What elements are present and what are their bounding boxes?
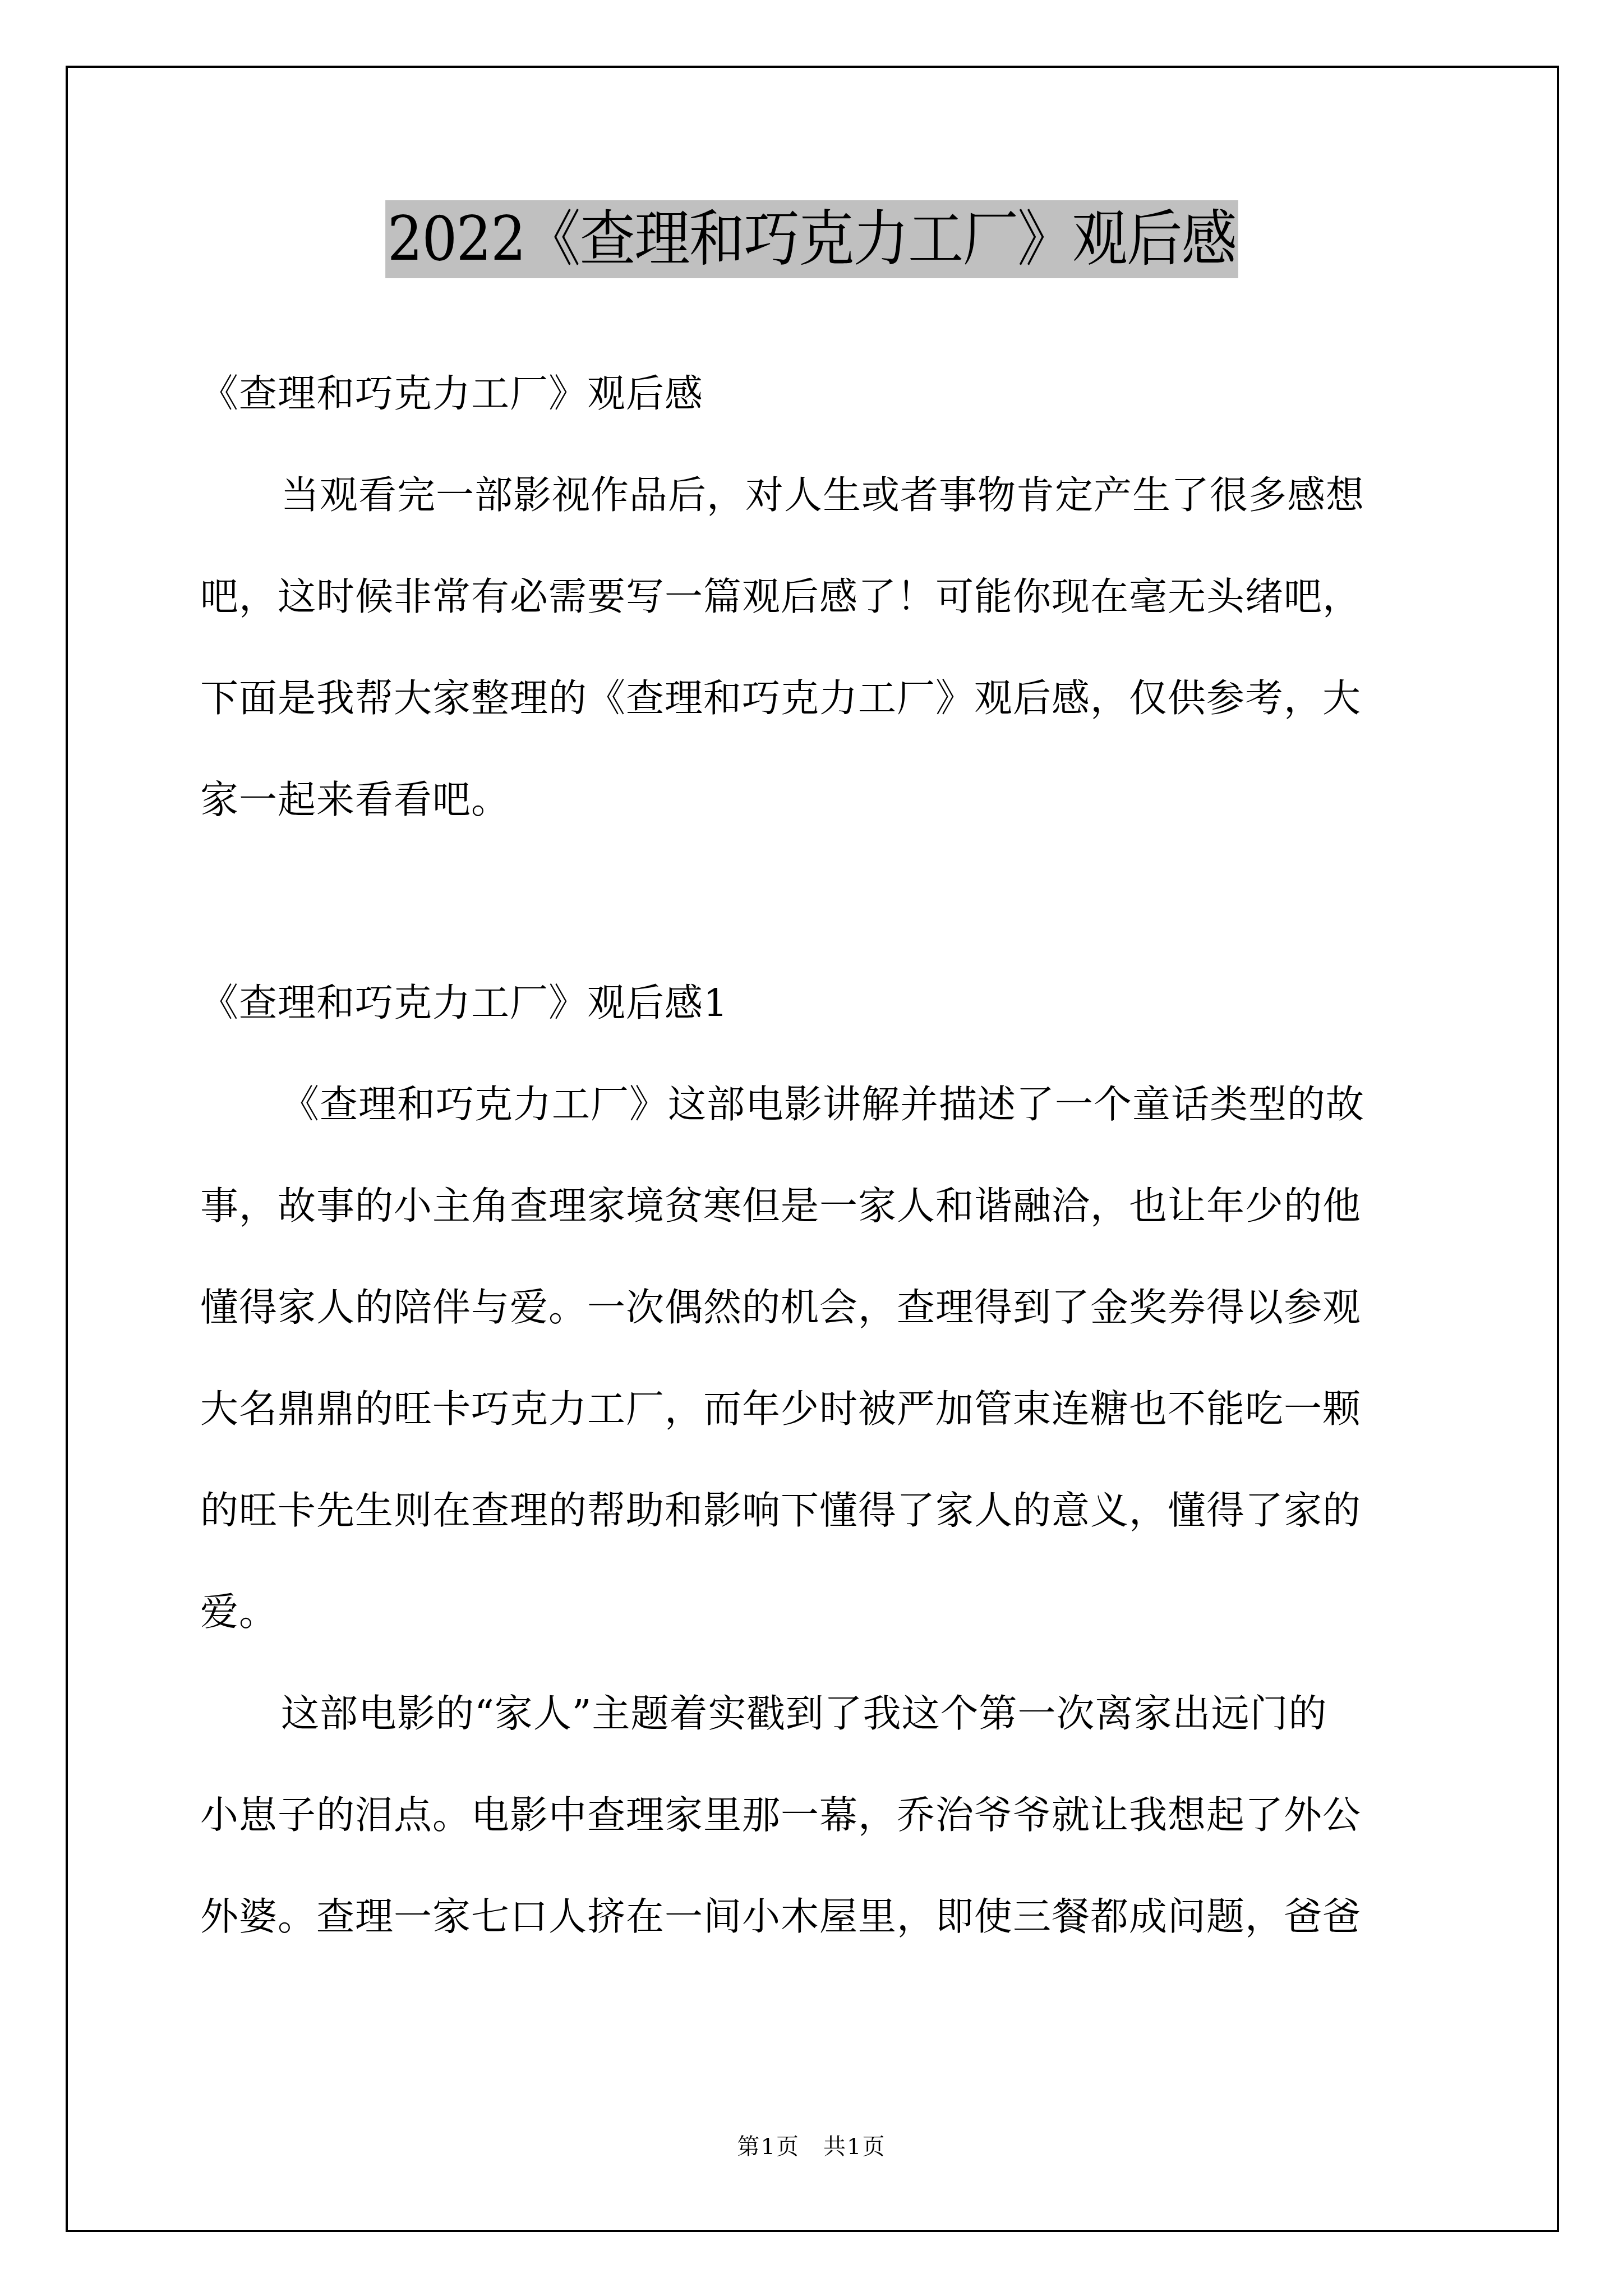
paragraph-line: 懂得家人的陪伴与爱。一次偶然的机会，查理得到了金奖券得以参观 xyxy=(200,1257,1428,1359)
paragraph-line: 吧，这时候非常有必需要写一篇观后感了！可能你现在毫无头绪吧， xyxy=(200,546,1428,648)
section-paragraph-2: 这部电影的“家人”主题着实戳到了我这个第一次离家出远门的 小崽子的泪点。电影中查… xyxy=(200,1663,1428,1968)
section-heading: 《查理和巧克力工厂》观后感1 xyxy=(200,953,1428,1054)
title-container: 2022《查理和巧克力工厂》观后感 xyxy=(0,200,1623,278)
document-body: 《查理和巧克力工厂》观后感 当观看完一部影视作品后，对人生或者事物肯定产生了很多… xyxy=(200,343,1428,1968)
paragraph-line: 大名鼎鼎的旺卡巧克力工厂，而年少时被严加管束连糖也不能吃一颗 xyxy=(200,1359,1428,1460)
paragraph-line: 的旺卡先生则在查理的帮助和影响下懂得了家人的意义，懂得了家的 xyxy=(200,1460,1428,1562)
intro-paragraph: 当观看完一部影视作品后，对人生或者事物肯定产生了很多感想 吧，这时候非常有必需要… xyxy=(200,445,1428,851)
paragraph-line: 《查理和巧克力工厂》这部电影讲解并描述了一个童话类型的故 xyxy=(200,1054,1428,1156)
paragraph-line: 当观看完一部影视作品后，对人生或者事物肯定产生了很多感想 xyxy=(200,445,1428,546)
paragraph-line: 外婆。查理一家七口人挤在一间小木屋里，即使三餐都成问题，爸爸 xyxy=(200,1866,1428,1968)
paragraph-line: 小崽子的泪点。电影中查理家里那一幕，乔治爷爷就让我想起了外公 xyxy=(200,1765,1428,1866)
section-paragraph-1: 《查理和巧克力工厂》这部电影讲解并描述了一个童话类型的故 事，故事的小主角查理家… xyxy=(200,1054,1428,1663)
paragraph-line: 家一起来看看吧。 xyxy=(200,749,1428,851)
paragraph-line: 爱。 xyxy=(200,1562,1428,1663)
paragraph-line: 事，故事的小主角查理家境贫寒但是一家人和谐融洽，也让年少的他 xyxy=(200,1156,1428,1257)
page-footer: 第1页 共1页 xyxy=(0,2129,1623,2161)
intro-heading: 《查理和巧克力工厂》观后感 xyxy=(200,343,1428,445)
blank-line xyxy=(200,851,1428,953)
paragraph-line: 这部电影的“家人”主题着实戳到了我这个第一次离家出远门的 xyxy=(200,1663,1428,1765)
document-title: 2022《查理和巧克力工厂》观后感 xyxy=(385,200,1238,278)
paragraph-line: 下面是我帮大家整理的《查理和巧克力工厂》观后感，仅供参考，大 xyxy=(200,648,1428,749)
